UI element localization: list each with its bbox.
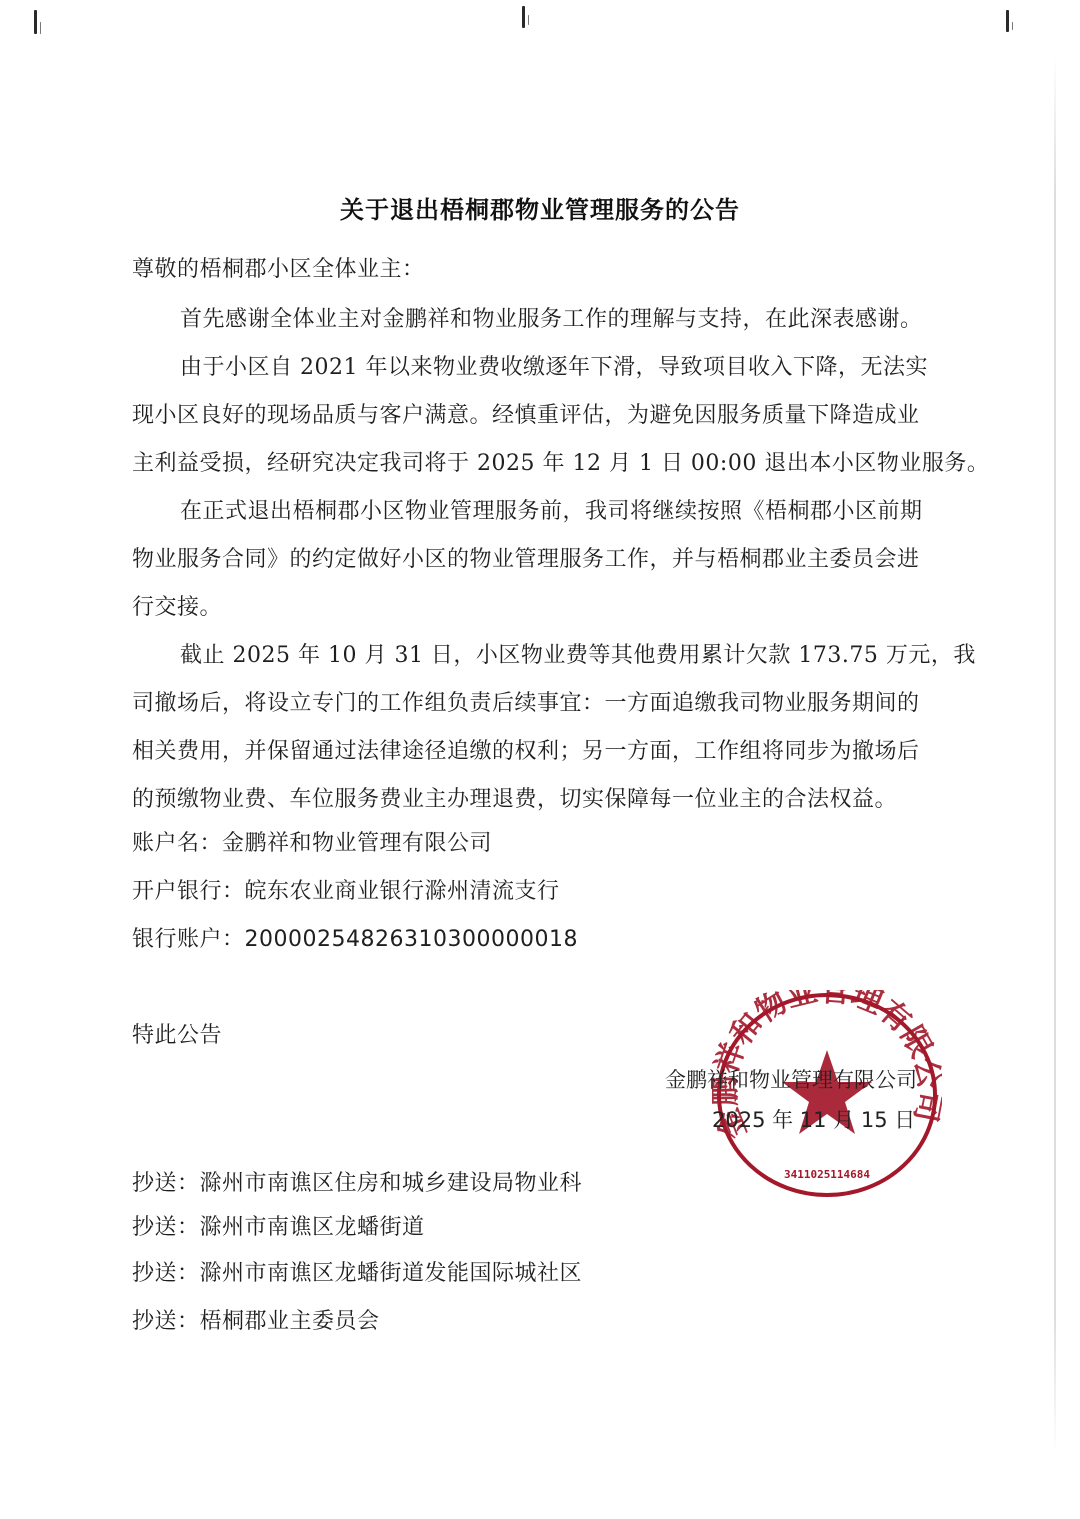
account-name-value: 金鹏祥和物业管理有限公司 bbox=[222, 831, 492, 856]
paragraph-line: 物业服务合同》的约定做好小区的物业管理服务工作，并与梧桐郡业主委员会进 bbox=[132, 542, 920, 573]
page-edge-shadow bbox=[1054, 55, 1056, 1455]
salutation: 尊敬的梧桐郡小区全体业主： bbox=[132, 252, 425, 283]
binding-mark-right bbox=[1006, 10, 1009, 32]
svg-text:3411025114684: 3411025114684 bbox=[784, 1168, 870, 1181]
paragraph-line: 主利益受损，经研究决定我司将于 2025 年 12 月 1 日 00:00 退出… bbox=[132, 446, 989, 477]
account-number-label: 银行账户： bbox=[132, 927, 245, 952]
signature-date: 2025 年 11 月 15 日 bbox=[712, 1104, 915, 1134]
document-title: 关于退出梧桐郡物业管理服务的公告 bbox=[0, 190, 1080, 225]
account-bank: 开户银行：皖东农业商业银行滁州清流支行 bbox=[132, 874, 560, 905]
paragraph-line: 的预缴物业费、车位服务费业主办理退费，切实保障每一位业主的合法权益。 bbox=[132, 782, 897, 813]
binding-mark-left bbox=[34, 10, 37, 34]
paragraph-line: 截止 2025 年 10 月 31 日，小区物业费等其他费用累计欠款 173.7… bbox=[180, 638, 976, 669]
cc-item: 抄送：梧桐郡业主委员会 bbox=[132, 1304, 380, 1335]
account-bank-label: 开户银行： bbox=[132, 879, 245, 904]
binding-mark-center bbox=[522, 6, 525, 28]
paragraph-line: 由于小区自 2021 年以来物业费收缴逐年下滑，导致项目收入下降，无法实 bbox=[180, 350, 928, 381]
paragraph-line: 相关费用，并保留通过法律途径追缴的权利；另一方面，工作组将同步为撤场后 bbox=[132, 734, 920, 765]
cc-item: 抄送：滁州市南谯区龙蟠街道 bbox=[132, 1210, 425, 1241]
cc-item: 抄送：滁州市南谯区龙蟠街道发能国际城社区 bbox=[132, 1256, 582, 1287]
binding-mark-right-thin bbox=[1012, 22, 1013, 30]
paragraph-line: 司撤场后，将设立专门的工作组负责后续事宜：一方面追缴我司物业服务期间的 bbox=[132, 686, 920, 717]
account-name: 账户名：金鹏祥和物业管理有限公司 bbox=[132, 826, 492, 857]
binding-mark-left-thin bbox=[40, 22, 41, 34]
cc-item: 抄送：滁州市南谯区住房和城乡建设局物业科 bbox=[132, 1166, 582, 1197]
paragraph-line: 行交接。 bbox=[132, 590, 222, 621]
paragraph-line: 现小区良好的现场品质与客户满意。经慎重评估，为避免因服务质量下降造成业 bbox=[132, 398, 920, 429]
paragraph-line: 首先感谢全体业主对金鹏祥和物业服务工作的理解与支持，在此深表感谢。 bbox=[180, 302, 923, 333]
signature-company: 金鹏祥和物业管理有限公司 bbox=[665, 1064, 917, 1094]
official-seal-icon: 金鹏祥和物业管理有限公司 3411025114684 bbox=[712, 990, 942, 1200]
account-number-value: 20000254826310300000018 bbox=[245, 927, 578, 952]
paragraph-line: 在正式退出梧桐郡小区物业管理服务前，我司将继续按照《梧桐郡小区前期 bbox=[180, 494, 923, 525]
closing-text: 特此公告 bbox=[132, 1018, 222, 1049]
binding-mark-center-thin bbox=[528, 15, 529, 25]
account-bank-value: 皖东农业商业银行滁州清流支行 bbox=[245, 879, 560, 904]
account-number: 银行账户：20000254826310300000018 bbox=[132, 922, 578, 953]
account-name-label: 账户名： bbox=[132, 831, 222, 856]
